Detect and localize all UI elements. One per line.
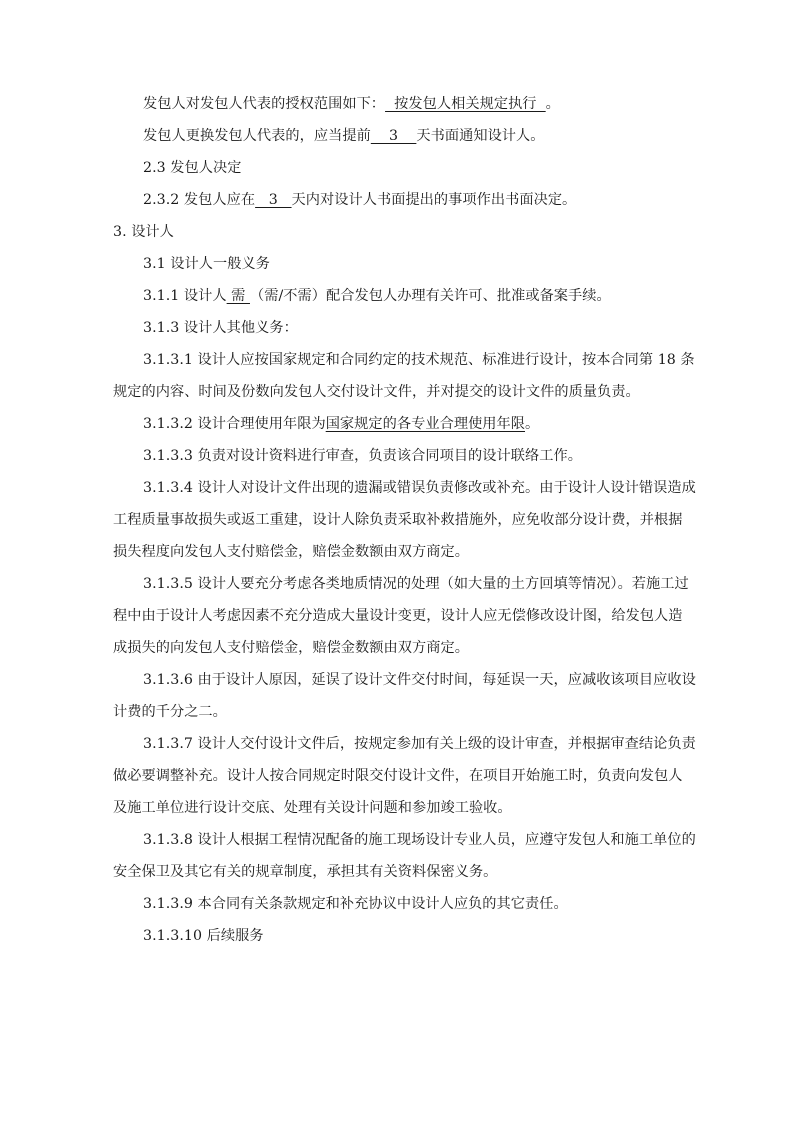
heading-2-3: 2.3 发包人决定 bbox=[143, 157, 680, 179]
document-page: 发包人对发包人代表的授权范围如下： 按发包人相关规定执行 。 发包人更换发包人代… bbox=[0, 0, 793, 1122]
paragraph-3-1-3-3: 3.1.3.3 负责对设计资料进行审查，负责该合同项目的设计联络工作。 bbox=[143, 445, 680, 467]
paragraph-3-1-3-7: 3.1.3.7 设计人交付设计文件后，按规定参加有关上级的设计审查，并根据审查结… bbox=[143, 733, 680, 755]
underlined-value: 国家规定的各专业合理使用年限 bbox=[326, 416, 525, 432]
paragraph-3-1-3-6: 3.1.3.6 由于设计人原因，延误了设计文件交付时间，每延误一天，应减收该项目… bbox=[143, 669, 680, 691]
paragraph-3-1-3-5: 3.1.3.5 设计人要充分考虑各类地质情况的处理（如大量的土方回填等情况）。若… bbox=[143, 573, 680, 595]
text: 发包人对发包人代表的授权范围如下： bbox=[143, 96, 385, 112]
filled-blank: 按发包人相关规定执行 bbox=[385, 93, 546, 115]
text: 3.1.1 设计人 bbox=[143, 288, 227, 304]
heading-3: 3. 设计人 bbox=[113, 221, 680, 243]
text: 发包人更换发包人代表的，应当提前 bbox=[143, 128, 371, 144]
heading-3-1-3-10: 3.1.3.10 后续服务 bbox=[143, 925, 680, 947]
paragraph-3-1-3-1: 3.1.3.1 设计人应按国家规定和合同约定的技术规范、标准进行设计，按本合同第… bbox=[143, 349, 680, 371]
paragraph-3-1-3-7-end: 及施工单位进行设计交底、处理有关设计问题和参加竣工验收。 bbox=[113, 797, 680, 819]
paragraph-2-3-2: 2.3.2 发包人应在 3 天内对设计人书面提出的事项作出书面决定。 bbox=[143, 189, 680, 211]
paragraph-3-1-3-6-end: 计费的千分之二。 bbox=[113, 701, 680, 723]
heading-3-1: 3.1 设计人一般义务 bbox=[143, 253, 680, 275]
text: 天书面通知设计人。 bbox=[416, 128, 544, 144]
paragraph-3-1-3-4: 3.1.3.4 设计人对设计文件出现的遗漏或错误负责修改或补充。由于设计人设计错… bbox=[143, 477, 680, 499]
text: 3.1.3.2 设计合理使用年限为 bbox=[143, 416, 326, 432]
paragraph-3-1-1: 3.1.1 设计人 需 （需/不需）配合发包人办理有关许可、批准或备案手续。 bbox=[143, 285, 680, 307]
paragraph-3-1-3-2: 3.1.3.2 设计合理使用年限为国家规定的各专业合理使用年限。 bbox=[143, 413, 680, 435]
paragraph-3-1-3-4-end: 损失程度向发包人支付赔偿金，赔偿金数额由双方商定。 bbox=[113, 541, 680, 563]
heading-3-1-3: 3.1.3 设计人其他义务： bbox=[143, 317, 680, 339]
paragraph-3-1-3-5-cont: 程中由于设计人考虑因素不充分造成大量设计变更，设计人应无偿修改设计图，给发包人造 bbox=[113, 605, 680, 627]
paragraph-3-1-3-4-cont: 工程质量事故损失或返工重建，设计人除负责采取补救措施外，应免收部分设计费，并根据 bbox=[113, 509, 680, 531]
text: 天内对设计人书面提出的事项作出书面决定。 bbox=[292, 192, 577, 208]
filled-blank: 3 bbox=[255, 189, 291, 211]
paragraph-3-1-3-7-cont: 做必要调整补充。设计人按合同规定时限交付设计文件，在项目开始施工时，负责向发包人 bbox=[113, 765, 680, 787]
paragraph-3-1-3-9: 3.1.3.9 本合同有关条款规定和补充协议中设计人应负的其它责任。 bbox=[143, 893, 680, 915]
text: 2.3.2 发包人应在 bbox=[143, 192, 255, 208]
paragraph-authorization-scope: 发包人对发包人代表的授权范围如下： 按发包人相关规定执行 。 bbox=[143, 93, 680, 115]
text: 。 bbox=[546, 96, 560, 112]
paragraph-3-1-3-8-end: 安全保卫及其它有关的规章制度，承担其有关资料保密义务。 bbox=[113, 861, 680, 883]
filled-blank: 需 bbox=[227, 285, 250, 307]
text: 。 bbox=[525, 416, 539, 432]
paragraph-3-1-3-5-end: 成损失的向发包人支付赔偿金，赔偿金数额由双方商定。 bbox=[113, 637, 680, 659]
filled-blank: 3 bbox=[371, 125, 417, 147]
paragraph-replace-representative: 发包人更换发包人代表的，应当提前 3 天书面通知设计人。 bbox=[143, 125, 680, 147]
paragraph-3-1-3-1-cont: 规定的内容、时间及份数向发包人交付设计文件，并对提交的设计文件的质量负责。 bbox=[113, 381, 680, 403]
paragraph-3-1-3-8: 3.1.3.8 设计人根据工程情况配备的施工现场设计专业人员，应遵守发包人和施工… bbox=[143, 829, 680, 851]
text: （需/不需）配合发包人办理有关许可、批准或备案手续。 bbox=[250, 288, 611, 304]
